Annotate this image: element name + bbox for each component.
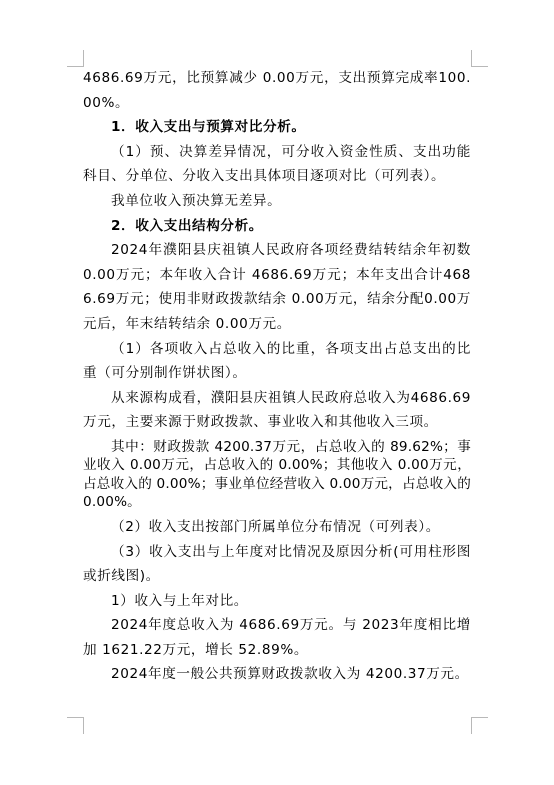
paragraph-share-instructions: （1）各项收入占总收入的比重，各项支出占总支出的比重（可分别制作饼状图）。 <box>83 337 471 386</box>
document-body[interactable]: 4686.69万元，比预算减少 0.00万元，支出预算完成率100.00%。 1… <box>83 66 471 687</box>
heading-structure-analysis: 2．收入支出结构分析。 <box>83 214 471 239</box>
margin-corner-mark-top-left <box>67 50 84 67</box>
paragraph-general-budget-appropriation: 2024年度一般公共预算财政拨款收入为 4200.37万元。 <box>83 662 471 687</box>
paragraph-dept-distribution: （2）收入支出按部门所属单位分布情况（可列表）。 <box>83 515 471 540</box>
paragraph-budget-completion: 4686.69万元，比预算减少 0.00万元，支出预算完成率100.00%。 <box>83 66 471 115</box>
subheading-income-yoy: 1）收入与上年对比。 <box>83 589 471 614</box>
document-page: 4686.69万元，比预算减少 0.00万元，支出预算完成率100.00%。 1… <box>0 0 554 785</box>
margin-corner-mark-top-right <box>471 50 488 67</box>
paragraph-variance-instructions: （1）预、决算差异情况，可分收入资金性质、支出功能科目、分单位、分收入支出具体项… <box>83 140 471 189</box>
paragraph-income-breakdown: 其中：财政拨款 4200.37万元，占总收入的 89.62%；事业收入 0.00… <box>83 435 471 515</box>
paragraph-carryover-summary: 2024年濮阳县庆祖镇人民政府各项经费结转结余年初数 0.00万元；本年收入合计… <box>83 238 471 336</box>
heading-budget-comparison: 1．收入支出与预算对比分析。 <box>83 115 471 140</box>
margin-corner-mark-bottom-left <box>67 717 84 734</box>
paragraph-no-variance: 我单位收入预决算无差异。 <box>83 189 471 214</box>
paragraph-income-sources: 从来源构成看，濮阳县庆祖镇人民政府总收入为4686.69万元，主要来源于财政拨款… <box>83 386 471 435</box>
paragraph-yoy-instructions: （3）收入支出与上年度对比情况及原因分析(可用柱形图或折线图)。 <box>83 540 471 589</box>
paragraph-income-growth: 2024年度总收入为 4686.69万元。与 2023年度相比增加 1621.2… <box>83 613 471 662</box>
margin-corner-mark-bottom-right <box>471 717 488 734</box>
